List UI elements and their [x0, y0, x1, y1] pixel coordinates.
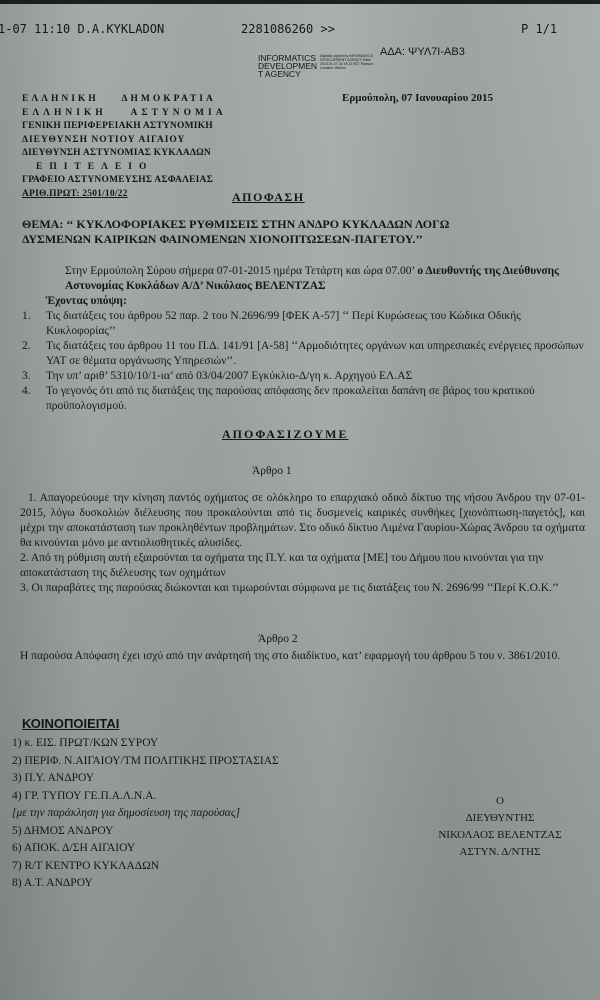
- article-paragraph: 3. Οι παραβάτες της παρούσας διώκονται κ…: [20, 581, 585, 596]
- digital-signature-agency: INFORMATICS DEVELOPMEN T AGENCY: [258, 54, 317, 78]
- decide-title: ΑΠΟΦΑΣΙΖΟΥΜΕ: [222, 427, 348, 442]
- protocol-number: ΑΡΙΘ.ΠΡΩΤ: 2501/10/22: [22, 188, 227, 202]
- item-text: Τις διατάξεις του άρθρου 52 παρ. 2 του Ν…: [46, 310, 521, 337]
- document-page: 1-07 11:10 D.A.KYKLADON 2281086260 >> P …: [0, 4, 600, 1000]
- fax-sender: D.A.KYKLADON: [77, 22, 164, 36]
- decision-title: ΑΠΟΦΑΣΗ: [232, 190, 305, 205]
- item-number: 1.: [22, 309, 31, 324]
- article-2-body: Η παρούσα Απόφαση έχει ισχύ από την ανάρ…: [20, 649, 585, 664]
- considerations-list: 1.Τις διατάξεις του άρθρου 52 παρ. 2 του…: [20, 309, 585, 414]
- notify-item: 5) ΔΗΜΟΣ ΑΝΔΡΟΥ: [12, 823, 279, 841]
- item-number: 2.: [22, 339, 31, 354]
- list-item: 3.Την υπ’ αριθ’ 5310/10/1-ια’ από 03/04/…: [20, 369, 585, 384]
- fax-number: 2281086260 >>: [241, 22, 335, 36]
- notify-item: 1) κ. ΕΙΣ. ΠΡΩΤ/ΚΩΝ ΣΥΡΟΥ: [12, 735, 279, 753]
- article-paragraph: 2. Από τη ρύθμιση αυτή εξαιρούνται τα οχ…: [20, 551, 585, 581]
- article-1-body: 1. Απαγορεύουμε την κίνηση παντός οχήματ…: [20, 491, 585, 596]
- subject: ΘΕΜΑ: ‘‘ ΚΥΚΛΟΦΟΡΙΑΚΕΣ ΡΥΘΜΙΣΕΙΣ ΣΤΗΝ ΑΝ…: [22, 217, 449, 247]
- ada-code: ΑΔΑ: ΨΥΛ7Ι-ΑΒ3: [380, 46, 465, 58]
- considering-label: Έχοντας υπόψη:: [20, 294, 585, 309]
- signature-block: Ο ΔΙΕΥΘΥΝΤΗΣ ΝΙΚΟΛΑΟΣ ΒΕΛΕΝΤΖΑΣ ΑΣΤΥΝ. Δ…: [400, 793, 600, 861]
- org-line: ΔΙΕΥΘΥΝΣΗ ΝΟΤΙΟΥ ΑΙΓΑΙΟΥ: [22, 134, 227, 148]
- signature-rank: ΑΣΤΥΝ. Δ/ΝΤΗΣ: [400, 844, 600, 861]
- fax-timestamp-sender: 1-07 11:10 D.A.KYKLADON: [0, 22, 164, 36]
- signature-title: ΔΙΕΥΘΥΝΤΗΣ: [400, 810, 600, 827]
- notify-item: 7) R/T ΚΕΝΤΡΟ ΚΥΚΛΑΔΩΝ: [12, 858, 279, 876]
- subject-line: ΘΕΜΑ: ‘‘ ΚΥΚΛΟΦΟΡΙΑΚΕΣ ΡΥΘΜΙΣΕΙΣ ΣΤΗΝ ΑΝ…: [22, 217, 449, 232]
- agency-line: T AGENCY: [258, 70, 317, 78]
- date-line: Ερμούπολη, 07 Ιανουαρίου 2015: [342, 92, 493, 104]
- notify-list: 1) κ. ΕΙΣ. ΠΡΩΤ/ΚΩΝ ΣΥΡΟΥ 2) ΠΕΡΙΦ. Ν.ΑΙ…: [12, 735, 279, 893]
- subject-line: ΔΥΣΜΕΝΩΝ ΚΑΙΡΙΚΩΝ ΦΑΙΝΟΜΕΝΩΝ ΧΙΟΝΟΠΤΩΣΕΩ…: [22, 232, 449, 247]
- signature-line: Ο: [400, 793, 600, 810]
- item-text: Τις διατάξεις του άρθρου 11 του Π.Δ. 141…: [46, 340, 584, 367]
- item-number: 4.: [22, 384, 31, 399]
- intro-paragraph: Στην Ερμούπολη Σύρου σήμερα 07-01-2015 η…: [20, 264, 585, 294]
- item-text: Το γεγονός ότι από τις διατάξεις της παρ…: [46, 385, 535, 412]
- article-2-heading: Άρθρο 2: [258, 633, 298, 645]
- notify-item: 2) ΠΕΡΙΦ. Ν.ΑΙΓΑΙΟΥ/ΤΜ ΠΟΛΙΤΙΚΗΣ ΠΡΟΣΤΑΣ…: [12, 753, 279, 771]
- notify-title: ΚΟΙΝΟΠΟΙΕΙΤΑΙ: [22, 716, 119, 731]
- item-text: Την υπ’ αριθ’ 5310/10/1-ια’ από 03/04/20…: [46, 370, 412, 382]
- notify-item: 8) Α.Τ. ΑΝΔΡΟΥ: [12, 875, 279, 893]
- organization-header: ΕΛΛΗΝΙΚΗ ΔΗΜΟΚΡΑΤΙΑ ΕΛΛΗΝΙΚΗ ΑΣΤΥΝΟΜΙΑ Γ…: [22, 93, 227, 201]
- fax-timestamp: 1-07 11:10: [0, 22, 70, 36]
- notify-note: [με την παράκληση για δημοσίευση της παρ…: [12, 805, 279, 823]
- notify-item: 3) Π.Υ. ΑΝΔΡΟΥ: [12, 770, 279, 788]
- list-item: 1.Τις διατάξεις του άρθρου 52 παρ. 2 του…: [20, 309, 585, 339]
- org-line: ΓΕΝΙΚΗ ΠΕΡΙΦΕΡΕΙΑΚΗ ΑΣΤΥΝΟΜΙΚΗ: [22, 120, 227, 134]
- intro-text: Στην Ερμούπολη Σύρου σήμερα 07-01-2015 η…: [65, 265, 417, 277]
- org-line: ΕΛΛΗΝΙΚΗ ΑΣΤΥΝΟΜΙΑ: [22, 107, 227, 121]
- org-line: ΕΠΙΤΕΛΕΙΟ: [22, 161, 227, 175]
- fax-page: P 1/1: [521, 22, 557, 36]
- article-1-heading: Άρθρο 1: [252, 465, 292, 477]
- org-line: ΕΛΛΗΝΙΚΗ ΔΗΜΟΚΡΑΤΙΑ: [22, 93, 227, 107]
- notify-item: 6) ΑΠΟΚ. Δ/ΣΗ ΑΙΓΑΙΟΥ: [12, 840, 279, 858]
- org-line: ΔΙΕΥΘΥΝΣΗ ΑΣΤΥΝΟΜΙΑΣ ΚΥΚΛΑΔΩΝ: [22, 147, 227, 161]
- item-number: 3.: [22, 369, 31, 384]
- list-item: 4.Το γεγονός ότι από τις διατάξεις της π…: [20, 384, 585, 414]
- article-paragraph: 1. Απαγορεύουμε την κίνηση παντός οχήματ…: [20, 491, 585, 551]
- list-item: 2.Τις διατάξεις του άρθρου 11 του Π.Δ. 1…: [20, 339, 585, 369]
- notify-item: 4) ΓΡ. ΤΥΠΟΥ ΓΕ.Π.Α.Λ.Ν.Α.: [12, 788, 279, 806]
- org-line: ΓΡΑΦΕΙΟ ΑΣΤΥΝΟΜΕΥΣΗΣ ΑΣΦΑΛΕΙΑΣ: [22, 174, 227, 188]
- digital-signature-details: Digitally signed by INFORMATICS DEVELOPM…: [320, 54, 380, 70]
- signature-name: ΝΙΚΟΛΑΟΣ ΒΕΛΕΝΤΖΑΣ: [400, 827, 600, 844]
- intro-section: Στην Ερμούπολη Σύρου σήμερα 07-01-2015 η…: [20, 264, 585, 414]
